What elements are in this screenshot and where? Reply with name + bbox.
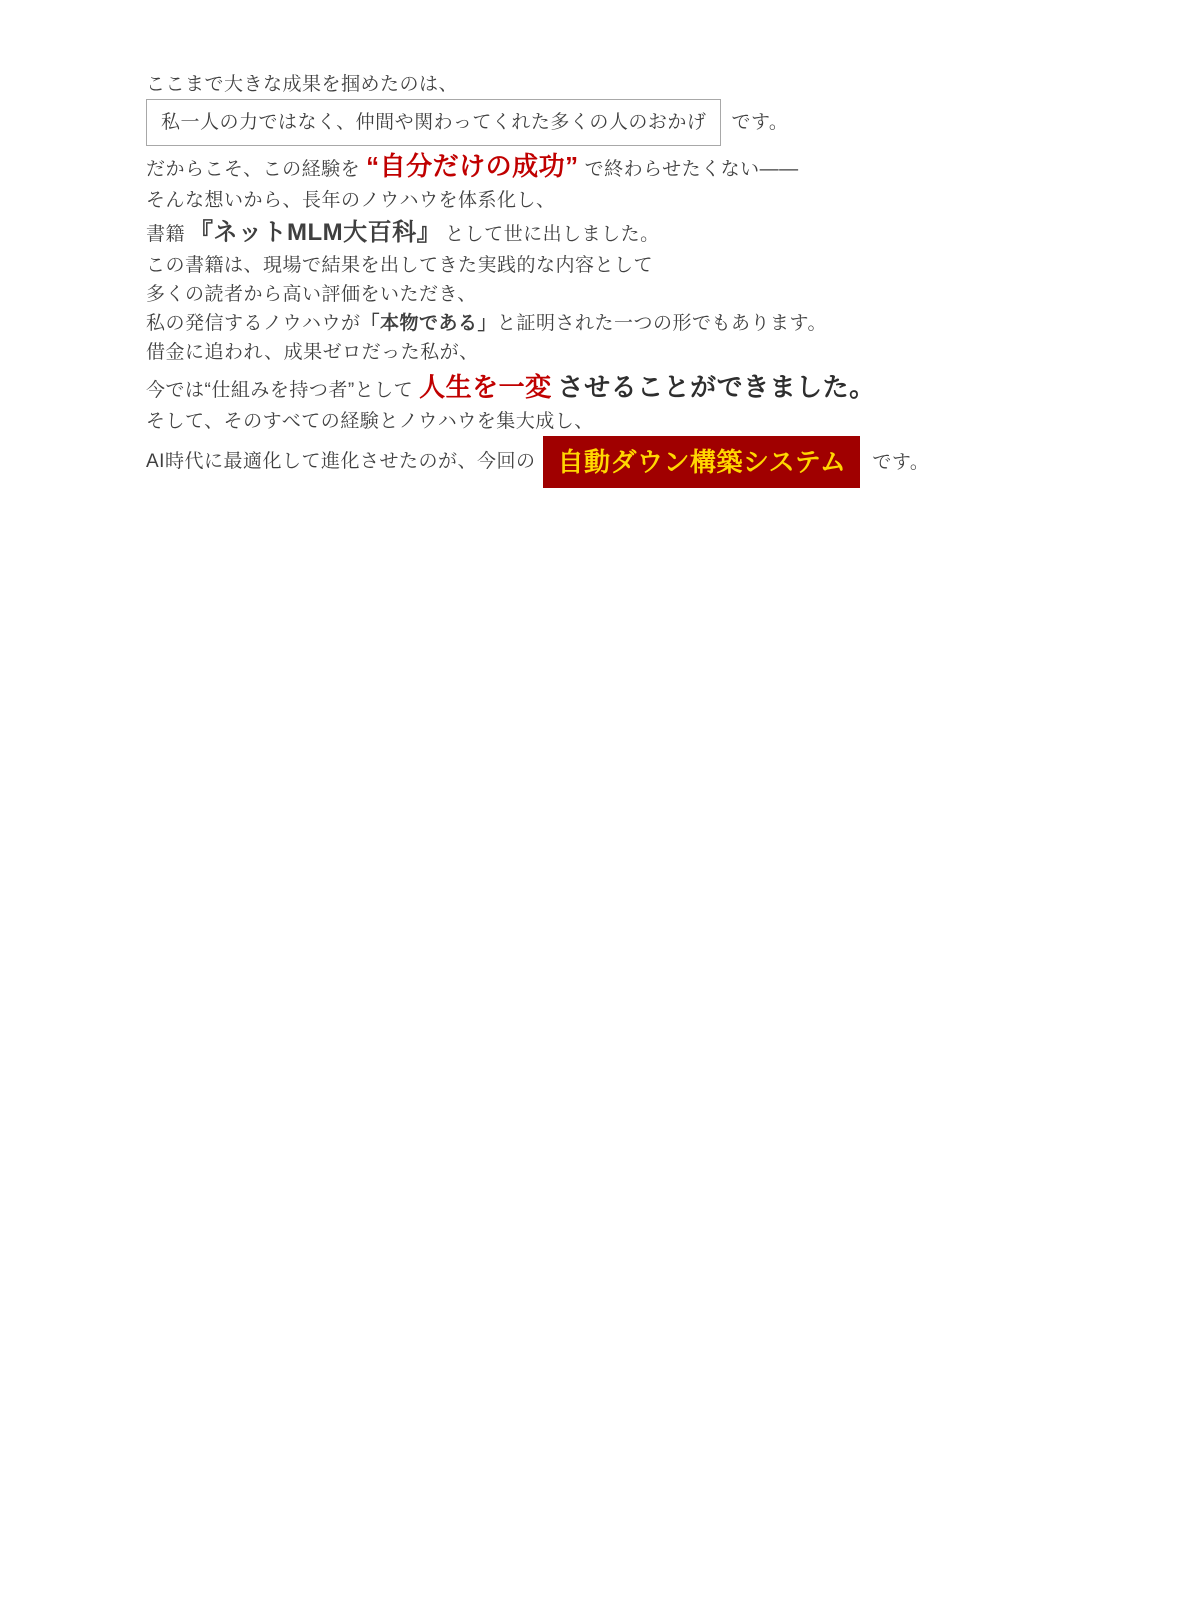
document-body: ここまで大きな成果を掴めたのは、 私一人の力ではなく、仲間や関わってくれた多くの… <box>0 0 1200 736</box>
paragraph-culmination-text: そして、そのすべての経験とノウハウを集大成し、 <box>146 411 594 432</box>
book-suffix: として世に出しました。 <box>445 224 660 245</box>
paragraph-debt: 借金に追われ、成果ゼロだった私が、 <box>146 338 1160 367</box>
highlight-badge-system-name: 自動ダウン構築システム <box>543 436 860 488</box>
motivation-suffix: で終わらせたくない—— <box>585 159 799 180</box>
life-change-prefix: 今では“仕組みを持つ者”として <box>146 380 413 401</box>
paragraph-readers: 多くの読者から高い評価をいただき、 <box>146 280 1160 309</box>
announcement-suffix: です。 <box>872 452 929 473</box>
paragraph-debt-text: 借金に追われ、成果ゼロだった私が、 <box>146 342 479 363</box>
book-prefix: 書籍 <box>146 224 185 245</box>
paragraph-proof: 私の発信するノウハウが「本物である」と証明された一つの形でもあります。 <box>146 309 1160 338</box>
proof-prefix: 私の発信するノウハウが <box>146 313 361 334</box>
paragraph-systemize-text: そんな想いから、長年のノウハウを体系化し、 <box>146 190 556 211</box>
boxed-statement-suffix: です。 <box>731 112 788 133</box>
paragraph-life-change: 今では“仕組みを持つ者”として人生を一変させることができました。 <box>146 367 1160 407</box>
paragraph-boxed-statement: 私一人の力ではなく、仲間や関わってくれた多くの人のおかげです。 <box>146 99 1160 146</box>
motivation-prefix: だからこそ、この経験を <box>146 159 360 180</box>
paragraph-systemize: そんな想いから、長年のノウハウを体系化し、 <box>146 186 1160 215</box>
announcement-prefix: AI時代に最適化して進化させたのが、今回の <box>146 451 535 472</box>
proof-suffix: と証明された一つの形でもあります。 <box>497 313 827 334</box>
red-emphasis-own-success: “自分だけの成功” <box>366 151 579 181</box>
bold-genuine: 「本物である」 <box>361 313 498 334</box>
life-change-suffix: させることができました。 <box>558 372 876 402</box>
paragraph-intro-text: ここまで大きな成果を掴めたのは、 <box>146 74 458 95</box>
paragraph-book: 書籍『ネットMLM大百科』として世に出しました。 <box>146 215 1160 251</box>
red-emphasis-life-change: 人生を一変 <box>419 372 552 402</box>
boxed-emphasis: 私一人の力ではなく、仲間や関わってくれた多くの人のおかげ <box>146 99 721 146</box>
paragraph-readers-text: 多くの読者から高い評価をいただき、 <box>146 284 477 305</box>
paragraph-book-content: この書籍は、現場で結果を出してきた実践的な内容として <box>146 251 1160 280</box>
paragraph-book-content-text: この書籍は、現場で結果を出してきた実践的な内容として <box>146 255 653 276</box>
book-title: 『ネットMLM大百科』 <box>189 219 441 246</box>
paragraph-motivation: だからこそ、この経験を“自分だけの成功”で終わらせたくない—— <box>146 146 1160 186</box>
paragraph-intro: ここまで大きな成果を掴めたのは、 <box>146 70 1160 99</box>
paragraph-system-announcement: AI時代に最適化して進化させたのが、今回の自動ダウン構築システムです。 <box>146 436 1160 488</box>
paragraph-culmination: そして、そのすべての経験とノウハウを集大成し、 <box>146 407 1160 436</box>
